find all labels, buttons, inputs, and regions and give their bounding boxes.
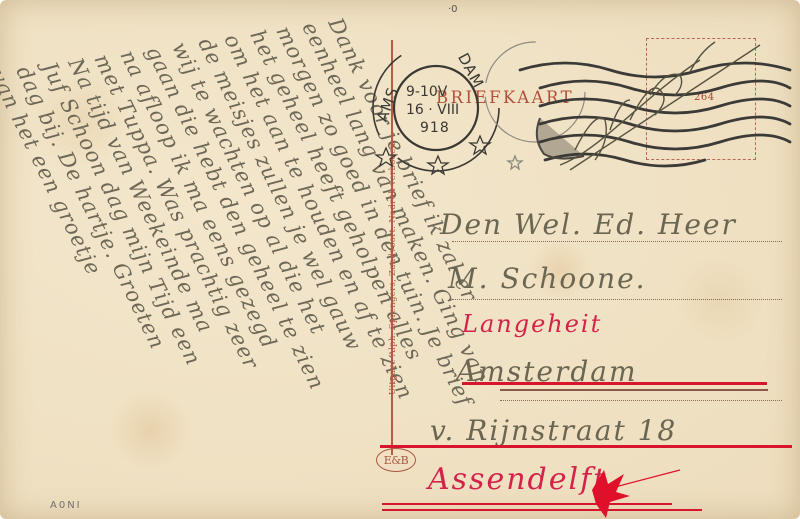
postmark-date: 16 · VIII xyxy=(406,102,459,118)
ink-splatter-trail xyxy=(596,470,680,492)
cancellation-smudge xyxy=(537,118,584,159)
postmark-year: 918 xyxy=(420,120,450,136)
ink-splatter xyxy=(592,470,630,518)
signature-scribble xyxy=(560,42,760,170)
postmark-stars xyxy=(376,136,522,174)
postmark-overlay xyxy=(0,0,800,519)
postmark-time: 9-10V xyxy=(406,84,447,100)
postcard-back: Dank voor je brief ik zal ereenheel lang… xyxy=(0,0,800,519)
